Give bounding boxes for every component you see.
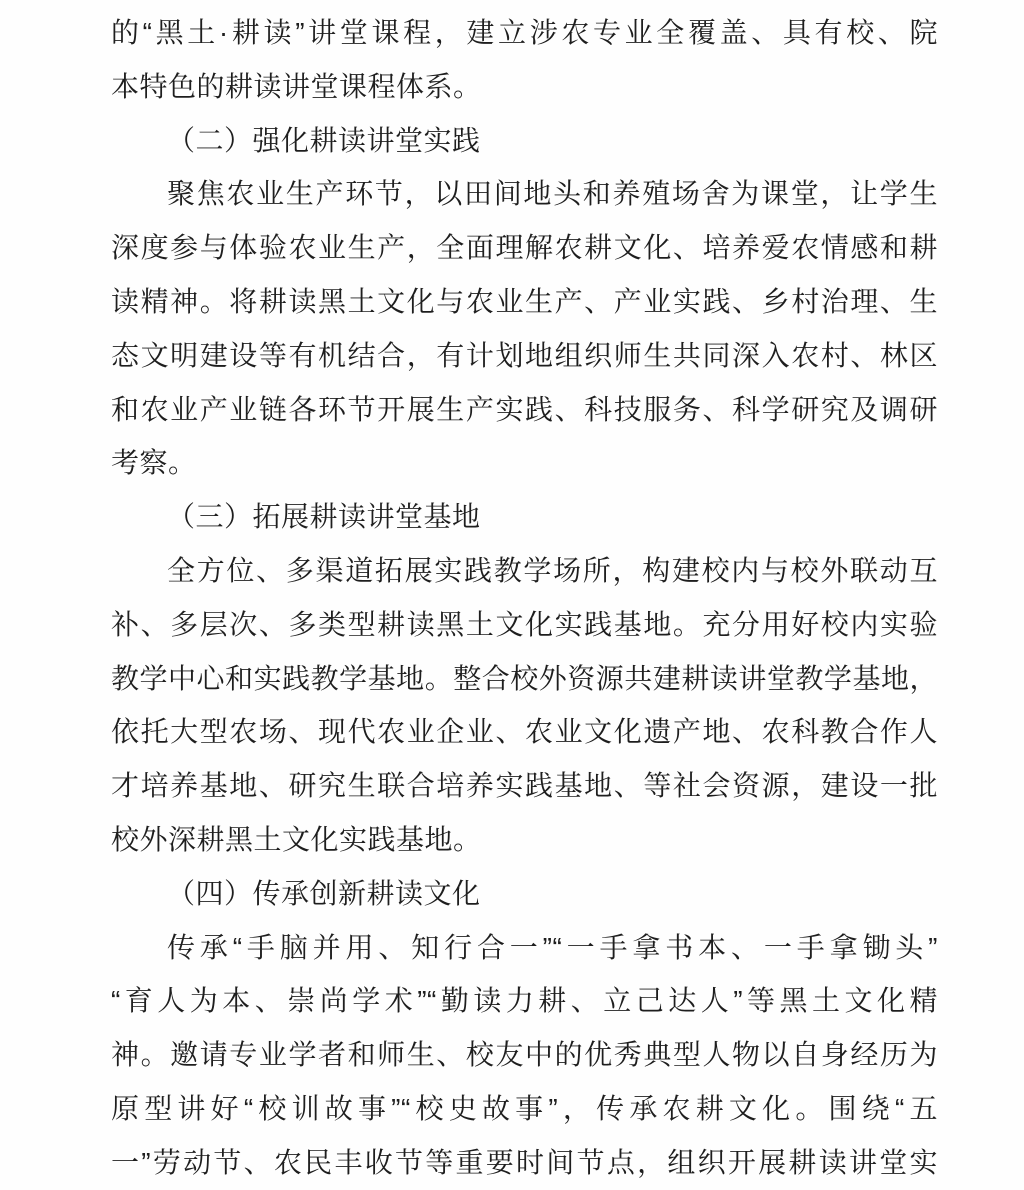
text-line: 本特色的耕读讲堂课程体系。 xyxy=(111,60,938,114)
text-line: “育人为本、崇尚学术”“勤读力耕、立己达人”等黑土文化精 xyxy=(111,974,938,1028)
text-line: 才培养基地、研究生联合培养实践基地、等社会资源，建设一批 xyxy=(111,759,938,813)
text-line: 态文明建设等有机结合，有计划地组织师生共同深入农村、林区 xyxy=(111,329,938,383)
text-line: 的“黑土·耕读”讲堂课程，建立涉农专业全覆盖、具有校、院 xyxy=(111,6,938,60)
text-line: 和农业产业链各环节开展生产实践、科技服务、科学研究及调研 xyxy=(111,383,938,437)
document-page: 的“黑土·耕读”讲堂课程，建立涉农专业全覆盖、具有校、院本特色的耕读讲堂课程体系… xyxy=(0,0,1024,1190)
text-line: 读精神。将耕读黑土文化与农业生产、产业实践、乡村治理、生 xyxy=(111,275,938,329)
heading-line: （二）强化耕读讲堂实践 xyxy=(111,114,938,168)
text-line: 补、多层次、多类型耕读黑土文化实践基地。充分用好校内实验 xyxy=(111,598,938,652)
text-line: 全方位、多渠道拓展实践教学场所，构建校内与校外联动互 xyxy=(111,544,938,598)
text-line: 考察。 xyxy=(111,436,938,490)
text-line: 一”劳动节、农民丰收节等重要时间节点，组织开展耕读讲堂实 xyxy=(111,1136,938,1190)
text-line: 深度参与体验农业生产，全面理解农耕文化、培养爱农情感和耕 xyxy=(111,221,938,275)
text-line: 传承“手脑并用、知行合一”“一手拿书本、一手拿锄头” xyxy=(111,921,938,975)
text-line: 依托大型农场、现代农业企业、农业文化遗产地、农科教合作人 xyxy=(111,705,938,759)
text-line: 原型讲好“校训故事”“校史故事”，传承农耕文化。围绕“五 xyxy=(111,1082,938,1136)
text-lines: 的“黑土·耕读”讲堂课程，建立涉农专业全覆盖、具有校、院本特色的耕读讲堂课程体系… xyxy=(111,6,938,1190)
text-line: 神。邀请专业学者和师生、校友中的优秀典型人物以自身经历为 xyxy=(111,1028,938,1082)
text-line: 校外深耕黑土文化实践基地。 xyxy=(111,813,938,867)
text-line: 教学中心和实践教学基地。整合校外资源共建耕读讲堂教学基地， xyxy=(111,652,938,706)
text-line: 聚焦农业生产环节，以田间地头和养殖场舍为课堂，让学生 xyxy=(111,167,938,221)
heading-line: （三）拓展耕读讲堂基地 xyxy=(111,490,938,544)
heading-line: （四）传承创新耕读文化 xyxy=(111,867,938,921)
